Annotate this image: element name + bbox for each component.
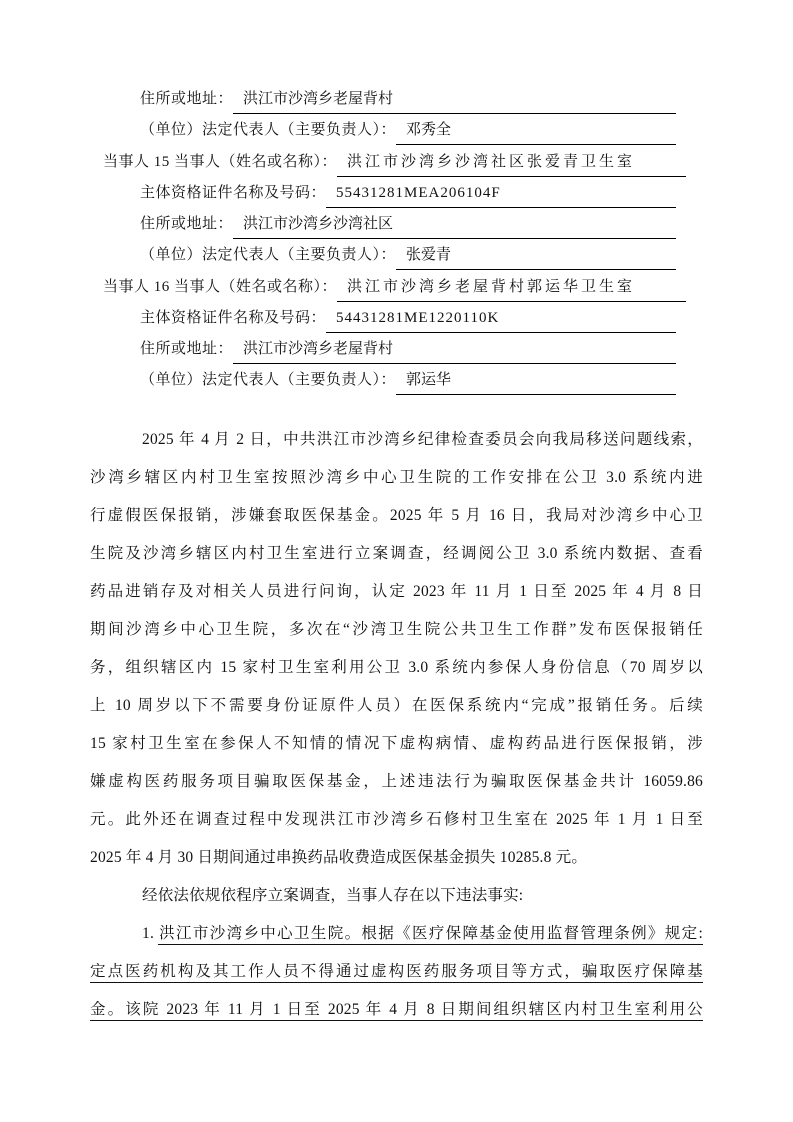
field-value-underlined: 张爱青 [396,244,676,270]
body-line-text: 生院及沙湾乡辖区内村卫生室进行立案调查，经调阅公卫 3.0 系统内数据、查看 [90,545,703,562]
body-line: 2025 年 4 月 30 日期间通过串换药品收费造成医保基金损失 10285.… [90,839,703,877]
field-value-underlined: 54431281ME1220110K [326,307,676,333]
field-label: 当事人 15 当事人（姓名或名称）： [103,151,337,173]
field-value-underlined: 洪江市沙湾乡老屋背村郭运华卫生室 [337,276,686,302]
body-line-text: 2025 年 4 月 2 日，中共洪江市沙湾乡纪律检查委员会向我局移送问题线索， [142,431,703,448]
field-value-underlined: 洪江市沙湾乡沙湾社区 [233,213,676,239]
party-field-row: 住所或地址：洪江市沙湾乡老屋背村 [0,338,793,364]
body-line-text: 期间沙湾乡中心卫生院，多次在“沙湾卫生院公共卫生工作群”发布医保报销任 [90,621,703,638]
body-line-text: 上 10 周岁以下不需要身份证原件人员）在医保系统内“完成”报销任务。后续 [90,697,703,714]
field-label: （单位）法定代表人（主要负责人）： [140,244,396,266]
body-line: 生院及沙湾乡辖区内村卫生室进行立案调查，经调阅公卫 3.0 系统内数据、查看 [90,535,703,573]
body-line: 15 家村卫生室在参保人不知情的情况下虚构病情、虚构药品进行医保报销，涉 [90,725,703,763]
party-field-row: （单位）法定代表人（主要负责人）：郭运华 [0,369,793,395]
body-line-text: 金。该院 2023 年 11 月 1 日至 2025 年 4 月 8 日期间组织… [90,1001,703,1018]
body-line-text: 嫌虚构医药服务项目骗取医保基金，上述违法行为骗取医保基金共计 16059.86 [90,773,703,790]
body-line-text: 15 家村卫生室在参保人不知情的情况下虚构病情、虚构药品进行医保报销，涉 [90,735,703,752]
field-value-underlined: 郭运华 [396,369,676,395]
party-info-section: 住所或地址：洪江市沙湾乡老屋背村（单位）法定代表人（主要负责人）：邓秀全当事人 … [0,88,793,400]
body-line: 1.洪江市沙湾乡中心卫生院。根据《医疗保障基金使用监督管理条例》规定: [90,915,703,953]
body-line-text: 定点医药机构及其工作人员不得通过虚构医药服务项目等方式，骗取医疗保障基 [90,963,703,980]
body-line: 2025 年 4 月 2 日，中共洪江市沙湾乡纪律检查委员会向我局移送问题线索， [90,421,703,459]
field-label: 当事人 16 当事人（姓名或名称）： [103,276,337,298]
body-line-text: 元。此外还在调查过程中发现洪江市沙湾乡石修村卫生室在 2025 年 1 月 1 … [90,811,703,828]
body-line: 定点医药机构及其工作人员不得通过虚构医药服务项目等方式，骗取医疗保障基 [90,953,703,991]
party-field-row: （单位）法定代表人（主要负责人）：邓秀全 [0,119,793,145]
party-field-row: 住所或地址：洪江市沙湾乡沙湾社区 [0,213,793,239]
field-value-underlined: 洪江市沙湾乡沙湾社区张爱青卫生室 [337,151,686,177]
body-line: 行虚假医保报销，涉嫌套取医保基金。2025 年 5 月 16 日，我局对沙湾乡中… [90,497,703,535]
party-field-row: （单位）法定代表人（主要负责人）：张爱青 [0,244,793,270]
document-body: 2025 年 4 月 2 日，中共洪江市沙湾乡纪律检查委员会向我局移送问题线索，… [90,421,703,1029]
party-field-row: 住所或地址：洪江市沙湾乡老屋背村 [0,88,793,114]
body-line-text: 行虚假医保报销，涉嫌套取医保基金。2025 年 5 月 16 日，我局对沙湾乡中… [90,507,703,524]
body-line: 元。此外还在调查过程中发现洪江市沙湾乡石修村卫生室在 2025 年 1 月 1 … [90,801,703,839]
body-line: 上 10 周岁以下不需要身份证原件人员）在医保系统内“完成”报销任务。后续 [90,687,703,725]
field-label: 主体资格证件名称及号码： [140,182,326,204]
body-line-text: 沙湾乡辖区内村卫生室按照沙湾乡中心卫生院的工作安排在公卫 3.0 系统内进 [90,469,703,486]
body-line: 沙湾乡辖区内村卫生室按照沙湾乡中心卫生院的工作安排在公卫 3.0 系统内进 [90,459,703,497]
body-line-text: 2025 年 4 月 30 日期间通过串换药品收费造成医保基金损失 10285.… [90,849,587,866]
field-value-underlined: 55431281MEA206104F [326,182,676,208]
field-value-underlined: 洪江市沙湾乡老屋背村 [233,88,676,114]
field-label: 主体资格证件名称及号码： [140,307,326,329]
field-value-underlined: 邓秀全 [396,119,676,145]
party-name-row: 当事人 15 当事人（姓名或名称）：洪江市沙湾乡沙湾社区张爱青卫生室 [0,151,793,177]
field-label: 住所或地址： [140,338,233,360]
field-label: （单位）法定代表人（主要负责人）： [140,119,396,141]
body-line: 嫌虚构医药服务项目骗取医保基金，上述违法行为骗取医保基金共计 16059.86 [90,763,703,801]
body-line-text: 经依法依规依程序立案调查，当事人存在以下违法事实: [142,887,523,904]
body-line: 金。该院 2023 年 11 月 1 日至 2025 年 4 月 8 日期间组织… [90,991,703,1029]
body-line: 务，组织辖区内 15 家村卫生室利用公卫 3.0 系统内参保人身份信息（70 周… [90,649,703,687]
field-label: 住所或地址： [140,88,233,110]
body-line-text: 洪江市沙湾乡中心卫生院。根据《医疗保障基金使用监督管理条例》规定: [158,925,703,942]
body-line: 期间沙湾乡中心卫生院，多次在“沙湾卫生院公共卫生工作群”发布医保报销任 [90,611,703,649]
body-line: 药品进销存及对相关人员进行问询，认定 2023 年 11 月 1 日至 2025… [90,573,703,611]
body-line-text: 务，组织辖区内 15 家村卫生室利用公卫 3.0 系统内参保人身份信息（70 周… [90,659,703,676]
party-field-row: 主体资格证件名称及号码：54431281ME1220110K [0,307,793,333]
document-page: 住所或地址：洪江市沙湾乡老屋背村（单位）法定代表人（主要负责人）：邓秀全当事人 … [0,0,793,1122]
list-number: 1. [142,925,158,942]
body-line: 经依法依规依程序立案调查，当事人存在以下违法事实: [90,877,703,915]
field-label: （单位）法定代表人（主要负责人）： [140,369,396,391]
party-name-row: 当事人 16 当事人（姓名或名称）：洪江市沙湾乡老屋背村郭运华卫生室 [0,276,793,302]
party-field-row: 主体资格证件名称及号码：55431281MEA206104F [0,182,793,208]
field-label: 住所或地址： [140,213,233,235]
body-line-text: 药品进销存及对相关人员进行问询，认定 2023 年 11 月 1 日至 2025… [90,583,703,600]
field-value-underlined: 洪江市沙湾乡老屋背村 [233,338,676,364]
